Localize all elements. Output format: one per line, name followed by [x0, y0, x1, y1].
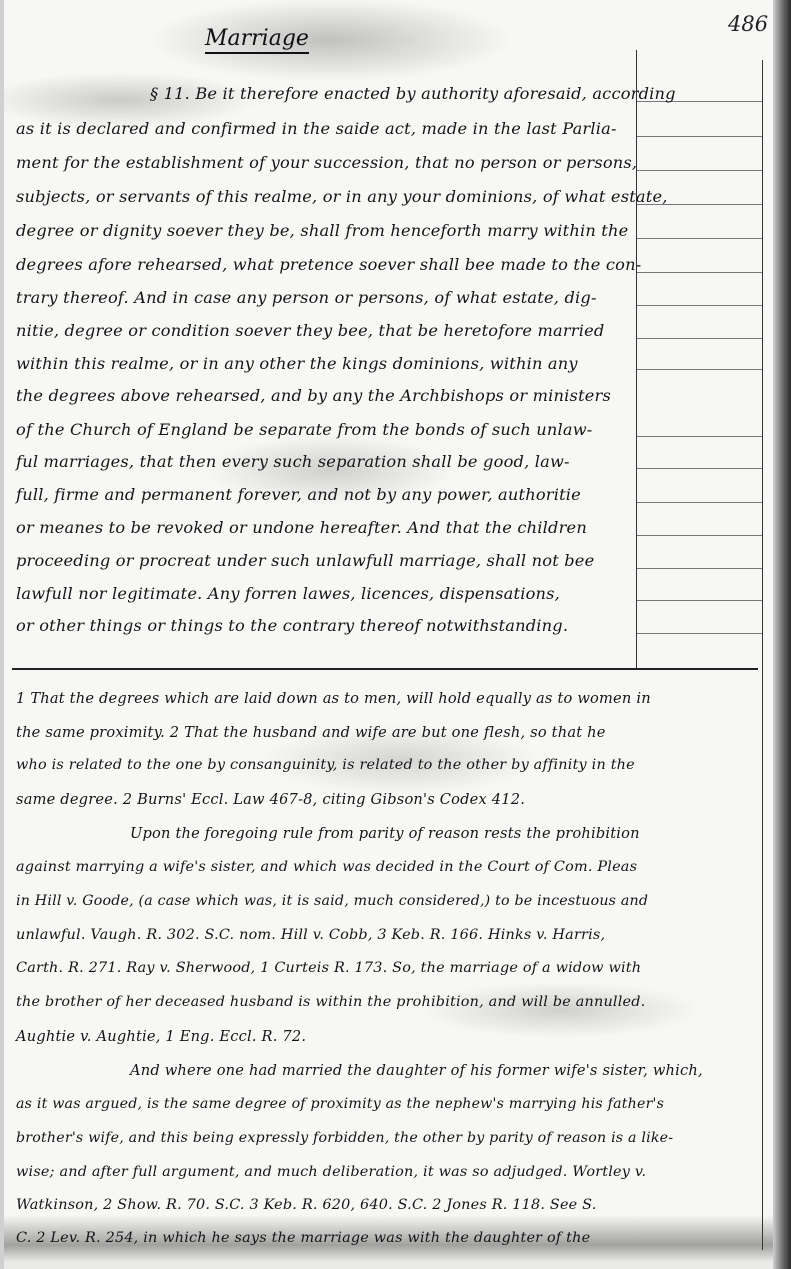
commentary-line: 1 That the degrees which are laid down a…	[16, 690, 651, 707]
margin-line	[637, 600, 762, 601]
statute-line: lawfull nor legitimate. Any forren lawes…	[16, 584, 560, 603]
statute-line: the degrees above rehearsed, and by any …	[16, 386, 611, 405]
margin-line	[637, 535, 762, 536]
commentary-line: as it was argued, is the same degree of …	[16, 1096, 664, 1112]
page-number: 486	[728, 12, 768, 36]
statute-line: or other things or things to the contrar…	[16, 616, 568, 635]
commentary-line: wise; and after full argument, and much …	[16, 1164, 646, 1180]
commentary-line citation: same degree. 2 Burns' Eccl. Law 467-8, c…	[16, 791, 525, 808]
statute-line: full, firme and permanent forever, and n…	[16, 485, 581, 504]
margin-line	[637, 338, 762, 339]
statute-line: subjects, or servants of this realme, or…	[16, 187, 668, 206]
commentary-line: against marrying a wife's sister, and wh…	[16, 859, 637, 875]
section-divider	[12, 668, 758, 670]
statute-line: or meanes to be revoked or undone hereaf…	[16, 518, 587, 537]
statute-line: within this realme, or in any other the …	[16, 354, 578, 373]
margin-line	[637, 369, 762, 370]
margin-line	[637, 238, 762, 239]
commentary-line: C. 2 Lev. R. 254, in which he says the m…	[16, 1230, 590, 1246]
commentary-line citation: Carth. R. 271. Ray v. Sherwood, 1 Curtei…	[16, 960, 641, 976]
margin-line	[637, 468, 762, 469]
scan-edge-right	[773, 0, 791, 1269]
commentary-line: Upon the foregoing rule from parity of r…	[130, 825, 640, 842]
statute-line: trary thereof. And in case any person or…	[16, 288, 597, 307]
margin-line	[637, 305, 762, 306]
margin-line	[637, 633, 762, 634]
manuscript-page: 486 Marriage § 11. Be it therefore enact…	[0, 0, 791, 1269]
commentary-line: in Hill v. Goode, (a case which was, it …	[16, 893, 648, 909]
margin-line	[637, 136, 762, 137]
margin-line	[637, 170, 762, 171]
margin-line	[637, 568, 762, 569]
statute-line: degrees afore rehearsed, what pretence s…	[16, 255, 641, 274]
commentary-line citation: Watkinson, 2 Show. R. 70. S.C. 3 Keb. R.…	[16, 1197, 597, 1213]
scan-edge-left	[0, 0, 4, 1269]
statute-line: degree or dignity soever they be, shall …	[16, 221, 628, 240]
statute-line: ful marriages, that then every such sepa…	[16, 452, 570, 471]
statute-line: of the Church of England be separate fro…	[16, 420, 592, 439]
margin-rule-right	[762, 60, 763, 1250]
statute-line: as it is declared and confirmed in the s…	[16, 119, 617, 138]
margin-line	[637, 436, 762, 437]
commentary-line: And where one had married the daughter o…	[130, 1062, 703, 1079]
commentary-line citation: Aughtie v. Aughtie, 1 Eng. Eccl. R. 72.	[16, 1028, 306, 1045]
commentary-line: brother's wife, and this being expressly…	[16, 1130, 673, 1146]
margin-line	[637, 502, 762, 503]
statute-line: proceeding or procreat under such unlawf…	[16, 551, 594, 570]
page-title: Marriage	[205, 26, 309, 54]
margin-rule-left	[636, 50, 637, 668]
commentary-line: who is related to the one by consanguini…	[16, 757, 635, 773]
statute-line: § 11. Be it therefore enacted by authori…	[150, 84, 676, 103]
commentary-line: the same proximity. 2 That the husband a…	[16, 724, 606, 741]
statute-line: nitie, degree or condition soever they b…	[16, 321, 604, 340]
statute-line: ment for the establishment of your succe…	[16, 153, 637, 172]
commentary-line citation: unlawful. Vaugh. R. 302. S.C. nom. Hill …	[16, 927, 605, 943]
margin-line	[637, 272, 762, 273]
commentary-line: the brother of her deceased husband is w…	[16, 994, 645, 1010]
